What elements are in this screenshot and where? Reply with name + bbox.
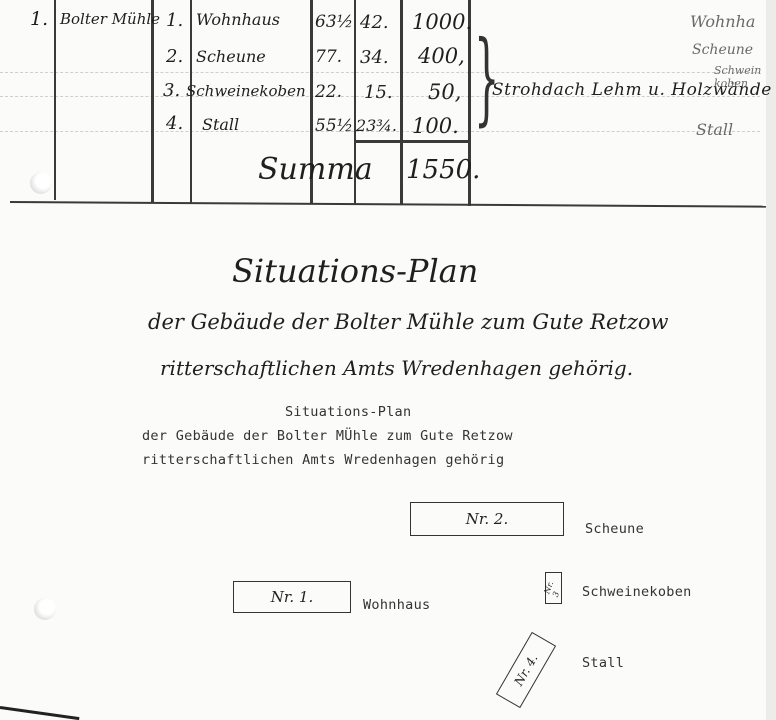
- building-label-scheune: Scheune: [585, 521, 644, 537]
- summa-label: Summa: [258, 152, 373, 187]
- building-mark: Nr. 1.: [271, 588, 314, 606]
- sum-rule: [355, 140, 468, 143]
- pencil-note: Stall: [696, 120, 733, 139]
- building-label-wohnhaus: Wohnhaus: [363, 597, 430, 613]
- summa-value: 1550.: [406, 155, 480, 185]
- page-edge-shadow: [0, 706, 79, 720]
- brace-icon: }: [474, 28, 499, 128]
- pencil-note: Schwein koben: [714, 64, 766, 90]
- row-number: 4.: [166, 113, 183, 134]
- column-divider: [190, 0, 192, 203]
- pencil-note: Wohnha: [690, 12, 755, 31]
- value-amount: 50,: [428, 80, 461, 104]
- length-value: 63½: [315, 12, 353, 32]
- building-no-1: Nr. 1.: [233, 581, 351, 613]
- value-amount: 100.: [412, 114, 459, 138]
- width-value: 42.: [360, 12, 389, 33]
- column-divider: [400, 0, 403, 205]
- entry-number: 1.: [30, 8, 48, 30]
- value-amount: 400,: [418, 44, 465, 68]
- length-value: 55½: [315, 116, 353, 136]
- building-mark: Nr. 3: [542, 578, 564, 598]
- length-value: 22.: [315, 82, 342, 102]
- owner-name: Bolter Mühle: [60, 10, 160, 28]
- building-name: Wohnhaus: [196, 10, 280, 29]
- width-value: 34.: [360, 47, 389, 68]
- building-no-2: Nr. 2.: [410, 502, 564, 536]
- row-number: 1.: [166, 10, 183, 31]
- building-label-stall: Stall: [582, 655, 624, 671]
- table-bottom-border: [10, 201, 766, 207]
- column-divider: [54, 0, 56, 200]
- width-value: 15.: [364, 82, 393, 103]
- handwritten-title: Situations-Plan: [232, 252, 478, 290]
- building-name: Scheune: [196, 47, 266, 66]
- building-name: Stall: [202, 115, 239, 134]
- punch-hole: [30, 172, 52, 194]
- typed-line-2: ritterschaftlichen Amts Wredenhagen gehö…: [142, 452, 504, 468]
- row-number: 3.: [163, 80, 180, 101]
- handwritten-line-1: der Gebäude der Bolter Mühle zum Gute Re…: [148, 310, 669, 334]
- column-divider: [151, 0, 154, 203]
- pencil-note: Scheune: [692, 42, 753, 58]
- typed-title: Situations-Plan: [285, 404, 411, 420]
- typed-line-1: der Gebäude der Bolter MÜhle zum Gute Re…: [142, 428, 513, 444]
- building-no-4: Nr. 4.: [496, 632, 556, 708]
- length-value: 77.: [315, 47, 342, 67]
- ruled-line: [0, 72, 760, 73]
- building-label-schweinekoben: Schweinekoben: [582, 584, 692, 600]
- scan-edge: [766, 0, 776, 720]
- punch-hole: [34, 598, 56, 620]
- building-name: Schweinekoben: [186, 82, 306, 100]
- row-number: 2.: [166, 46, 183, 67]
- building-no-3: Nr. 3: [545, 572, 562, 604]
- width-value: 23¾.: [356, 116, 397, 135]
- building-mark: Nr. 4.: [511, 652, 540, 688]
- building-mark: Nr. 2.: [466, 510, 509, 528]
- handwritten-line-2: ritterschaftlichen Amts Wredenhagen gehö…: [160, 356, 633, 380]
- value-amount: 1000.: [412, 10, 472, 34]
